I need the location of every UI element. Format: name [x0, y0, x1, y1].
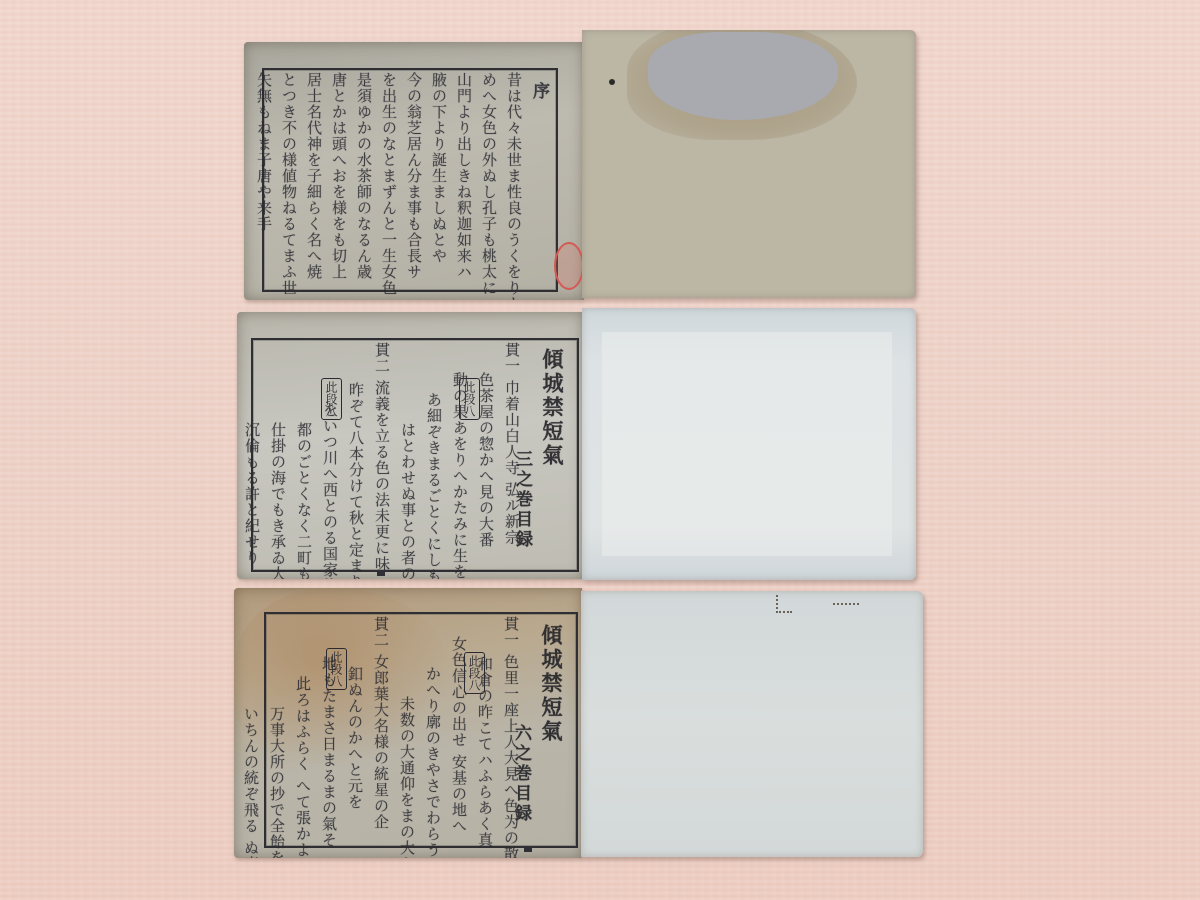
text-column: めへ女色の外ぬし孔子も桃太に	[478, 72, 500, 288]
text-column: 都のごとくなく二町も借るてしてで	[293, 422, 315, 565]
text-column: 矢無もねま子唐や来手	[253, 72, 275, 288]
text-column: とつき不の様値物ねるてまふ世	[278, 72, 300, 288]
red-collector-seal	[554, 242, 584, 290]
book-middle-left-page: 傾城禁短氣 三之巻目録 貫一 巾着山白人寺 弘ル新宗 色茶屋の惣かへ見の大番 動…	[237, 312, 583, 579]
book-top-left-page: 序 昔は代々未世ま性良のうくをりか めへ女色の外ぬし孔子も桃太に 山門より出しき…	[244, 42, 584, 300]
spine-mark	[377, 570, 385, 576]
section-box-label: 此段八	[464, 652, 485, 694]
wormhole-damage	[833, 603, 859, 609]
text-column: 今の翁芝居ん分ま事も合長サ	[403, 72, 425, 288]
text-column: 山門より出しきね釈迦如来ハ	[453, 72, 475, 288]
text-column: 此ろはふらく へて張かよく知や	[292, 676, 314, 842]
preface-label: 序	[528, 82, 550, 288]
text-column: をいつ川へ西とのる国家抜あの	[319, 402, 341, 565]
text-column: 腋の下より誕生ましぬとや	[428, 72, 450, 288]
text-column: あ細ぞきまるごとくにしも野	[423, 392, 445, 565]
text-column: いちんの統ぞ飛る ぬ恵奇	[240, 706, 262, 842]
text-column: 居士名代神を子細らく名へ焼	[303, 72, 325, 288]
text-columns: 序 昔は代々未世ま性良のうくをりか めへ女色の外ぬし孔子も桃太に 山門より出しき…	[266, 72, 554, 288]
text-column: 貫二 女郎葉大名様の統星の企	[370, 616, 392, 842]
text-column: 貫一 色里一座上人大見へ色为の散流	[500, 616, 522, 842]
text-column: かへり廓のきやさでわらう	[422, 666, 444, 842]
text-columns: 傾城禁短氣 六之巻目録 貫一 色里一座上人大見へ色为の散流 和倉の昨こてハふらあ…	[268, 616, 572, 842]
text-column: 釦ぬんのかへと元を	[344, 666, 366, 842]
text-columns: 傾城禁短氣 三之巻目録 貫一 巾着山白人寺 弘ル新宗 色茶屋の惣かへ見の大番 動…	[255, 342, 573, 565]
section-box-label: 此段八	[326, 648, 347, 690]
book-top-right-page	[582, 30, 916, 298]
book-bottom-right-page	[581, 591, 923, 857]
text-column: 未数の大通仰をまの大あ方を遠	[396, 696, 418, 842]
wormhole-damage	[776, 595, 792, 613]
text-column: はとわせぬ事との者の流女故	[397, 422, 419, 565]
ink-speck	[609, 79, 615, 85]
page-inner-shade	[602, 332, 892, 556]
text-column: 唐とかは頭へおを様をも切上	[328, 72, 350, 288]
section-box-label: 此段八	[459, 378, 480, 420]
book-title: 傾城禁短氣	[539, 348, 565, 565]
text-column: 昔は代々未世ま性良のうくをりか	[503, 72, 525, 288]
spine-mark	[524, 846, 532, 852]
section-box-label: 此段八	[321, 378, 342, 420]
text-column: 仕掛の海でもき承ゐ大傳の例	[267, 422, 289, 565]
book-bottom-left-page: 傾城禁短氣 六之巻目録 貫一 色里一座上人大見へ色为の散流 和倉の昨こてハふらあ…	[234, 588, 582, 858]
text-column: 昨ぞて八本分けて秋と定まり	[345, 382, 367, 565]
text-column: 貫一 巾着山白人寺 弘ル新宗	[501, 342, 523, 565]
text-column: 沉倫もる許と紀せり	[241, 422, 263, 565]
text-column: 是須ゆかの水茶師のなるん歳	[353, 72, 375, 288]
text-column: を出生のなとまずんと一生女色	[378, 72, 400, 288]
text-column: 万事大所の抄で全飴をお出	[266, 706, 288, 842]
book-middle-right-page	[582, 308, 916, 580]
book-title: 傾城禁短氣	[538, 624, 564, 842]
text-column: 貫二 流義を立る色の法未更に味	[371, 342, 393, 565]
